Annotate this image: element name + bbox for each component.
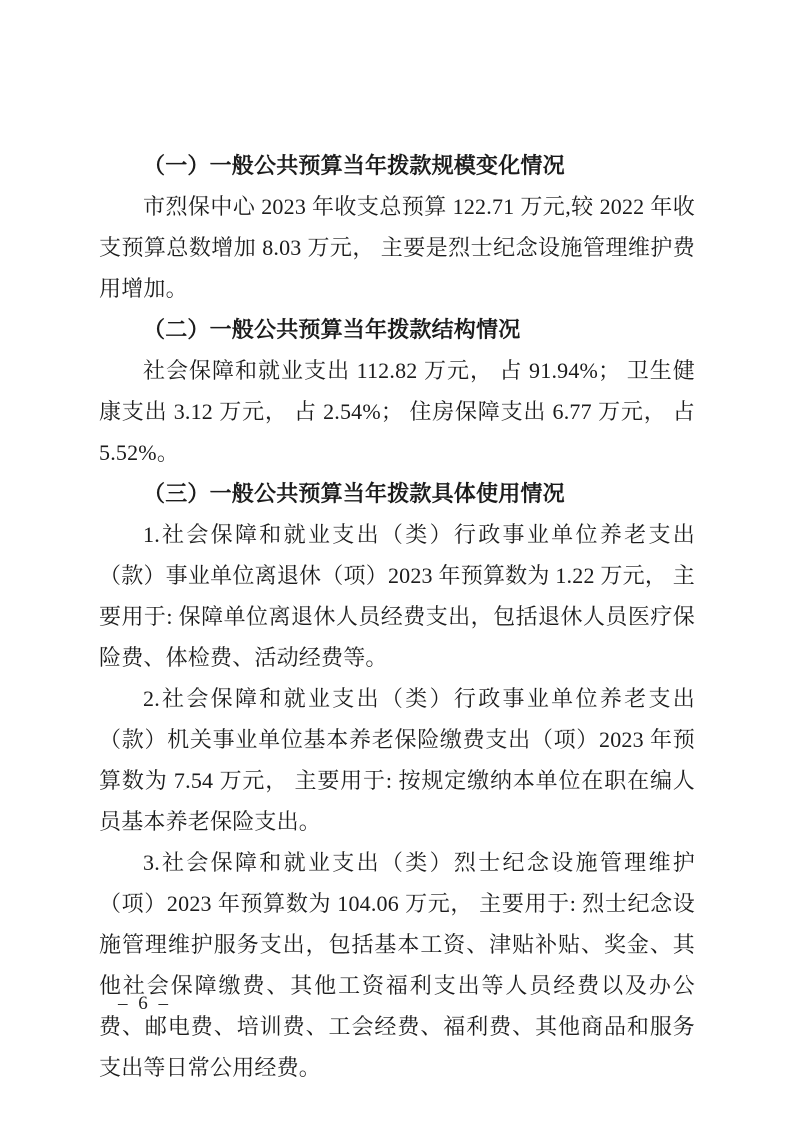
page-number: – 6 –: [118, 993, 171, 1015]
paragraph-structure: 社会保障和就业支出 112.82 万元， 占 91.94%； 卫生健康支出 3.…: [99, 350, 695, 473]
section-heading-3: （三）一般公共预算当年拨款具体使用情况: [99, 473, 695, 514]
document-page: （一）一般公共预算当年拨款规模变化情况市烈保中心 2023 年收支总预算 122…: [0, 0, 793, 1122]
paragraph-item-1: 1.社会保障和就业支出（类）行政事业单位养老支出（款）事业单位离退休（项）202…: [99, 514, 695, 678]
paragraph-item-3: 3.社会保障和就业支出（类）烈士纪念设施管理维护（项）2023 年预算数为 10…: [99, 842, 695, 1088]
document-body: （一）一般公共预算当年拨款规模变化情况市烈保中心 2023 年收支总预算 122…: [99, 145, 695, 1088]
paragraph-item-2: 2.社会保障和就业支出（类）行政事业单位养老支出（款）机关事业单位基本养老保险缴…: [99, 678, 695, 842]
paragraph-scale-change: 市烈保中心 2023 年收支总预算 122.71 万元,较 2022 年收支预算…: [99, 186, 695, 309]
section-heading-2: （二）一般公共预算当年拨款结构情况: [99, 309, 695, 350]
section-heading-1: （一）一般公共预算当年拨款规模变化情况: [99, 145, 695, 186]
